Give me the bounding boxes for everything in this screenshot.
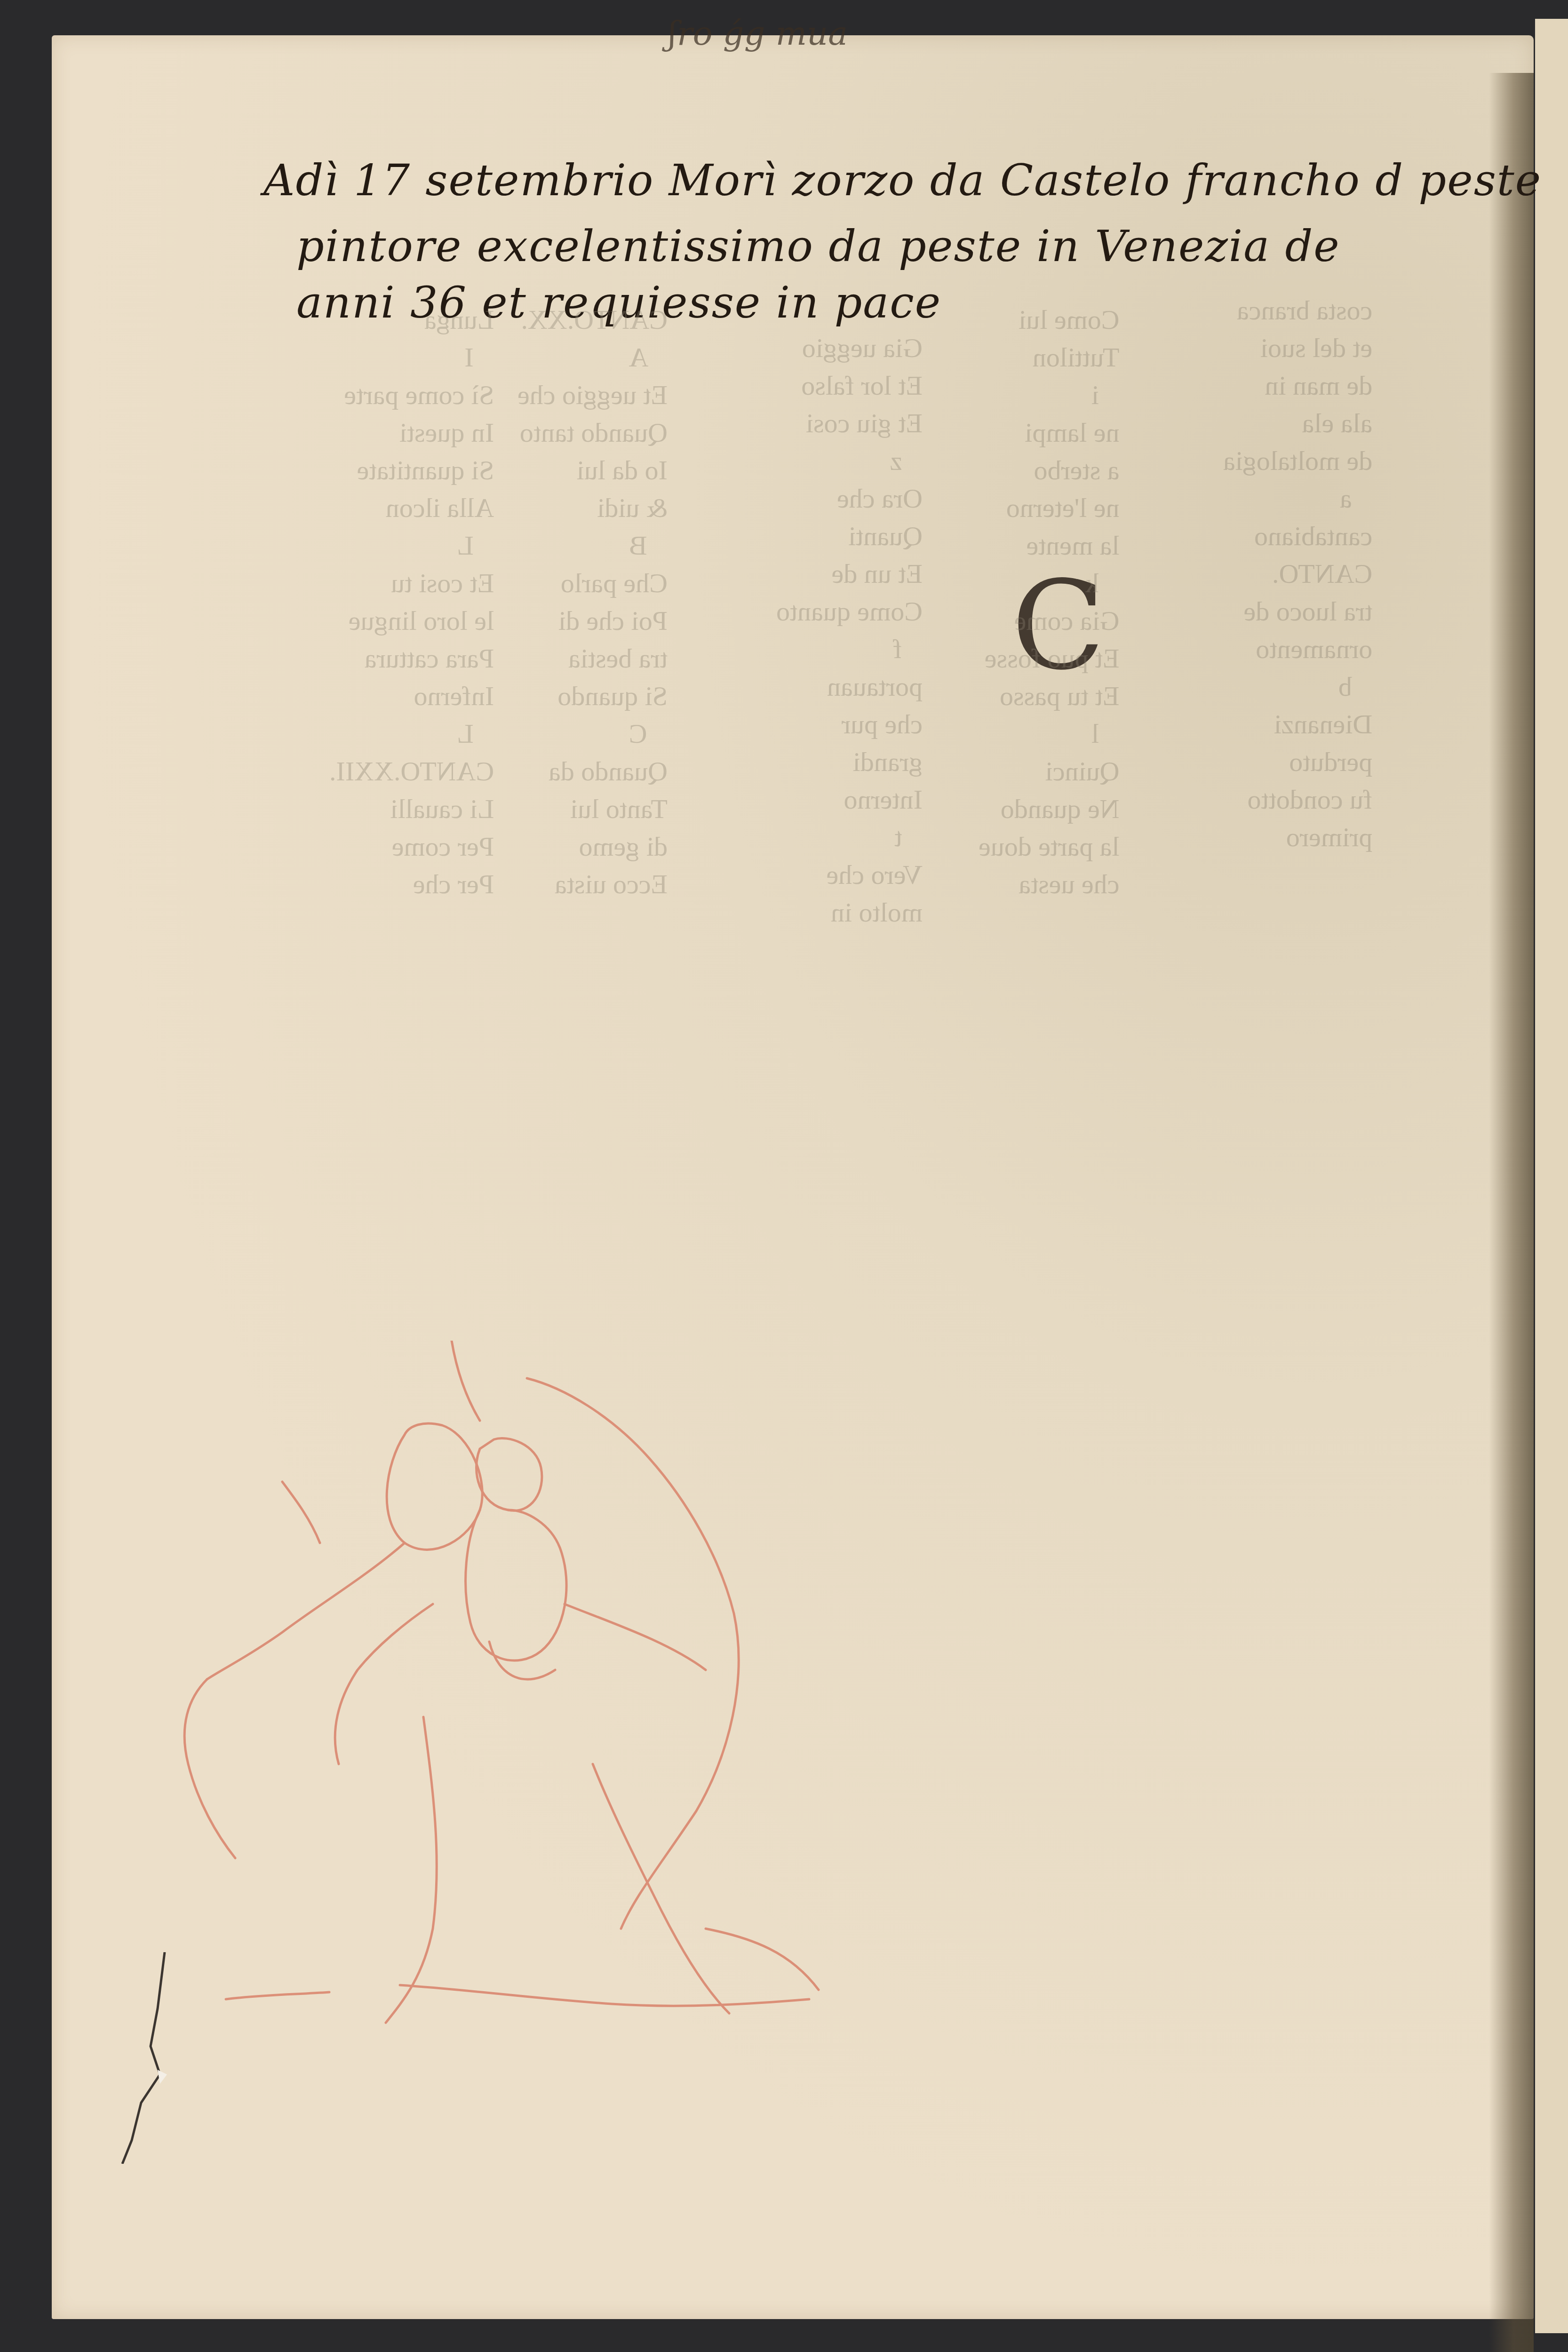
annotation-line-2-text: pintore excelentissimo da peste in Venez… <box>296 221 1340 271</box>
binding-gutter-shadow <box>1489 73 1534 2352</box>
showthrough-column-1: Lunga I Sì come parte In questi Si quant… <box>329 301 494 903</box>
paper-tear <box>113 1952 169 2164</box>
annotation-line-1: Adì 17 setembrio Morì zorzo da Castelo f… <box>263 155 1542 206</box>
showthrough-column-4: Come lui Tuttilon i ne lampi a sterbo ne… <box>979 301 1120 903</box>
showthrough-column-2: CANTO.XX. A Et ueggio che Quando tanto I… <box>517 301 668 903</box>
adjacent-page-edge <box>1535 19 1568 2333</box>
top-edge-fragment: ʃro ǵg mua <box>668 14 848 53</box>
showthrough-column-5: costa branca et del suoi de man in ala e… <box>1223 292 1372 856</box>
showthrough-column-3: Gia ueggio Et lor falso Et giu cosi z Or… <box>776 329 923 931</box>
red-chalk-sketch <box>141 1341 823 2234</box>
annotation-line-2: pintore excelentissimo da peste in Venez… <box>296 221 1340 271</box>
